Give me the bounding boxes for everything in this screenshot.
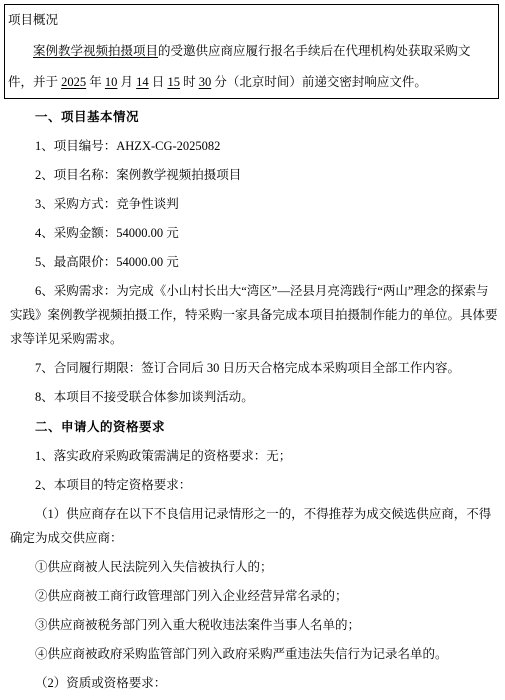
deadline-year-unit: 年: [86, 75, 105, 89]
item-procurement-amount: 4、采购金额：54000.00 元: [10, 221, 499, 245]
project-name-underline: 案例教学视频拍摄项目: [33, 44, 158, 58]
deadline-minute-unit: 分: [211, 75, 227, 89]
deadline-minute: 30: [199, 75, 212, 89]
deadline-year: 2025: [61, 75, 86, 89]
procurement-announcement-page: { "overview": { "title": "项目概况", "intro_…: [0, 0, 505, 700]
deadline-hour: 15: [167, 75, 180, 89]
item-project-number: 1、项目编号：AHZX-CG-2025082: [10, 134, 499, 158]
deadline-day-unit: 日: [149, 75, 168, 89]
item-credit-procurement-violation: ④供应商被政府采购监管部门列入政府采购严重违法失信行为记录名单的。: [10, 642, 499, 666]
item-project-name: 2、项目名称：案例教学视频拍摄项目: [10, 163, 499, 187]
deadline-hour-unit: 时: [180, 75, 199, 89]
item-max-price: 5、最高限价：54000.00 元: [10, 250, 499, 274]
item-contract-period: 7、合同履行期限：签订合同后 30 日历天合格完成本采购项目全部工作内容。: [10, 356, 499, 380]
item-procurement-method: 3、采购方式：竞争性谈判: [10, 192, 499, 216]
section1-heading: 一、项目基本情况: [10, 105, 499, 129]
item-credit-tax-violation: ③供应商被税务部门列入重大税收违法案件当事人名单的；: [10, 613, 499, 637]
item-qualification-requirements: （2）资质或资格要求：: [10, 671, 499, 695]
item-no-consortium: 8、本项目不接受联合体参加谈判活动。: [10, 385, 499, 409]
item-procurement-requirements: 6、采购需求：为完成《小山村长出大“湾区”—泾县月亮湾践行“两山”理念的探索与实…: [10, 279, 499, 351]
item-bad-credit-intro: （1）供应商存在以下不良信用记录情形之一的，不得推荐为成交候选供应商，不得确定为…: [10, 502, 499, 550]
item-policy-qualification: 1、落实政府采购政策需满足的资格要求：无；: [10, 444, 499, 468]
overview-title: 项目概况: [8, 5, 492, 36]
deadline-month: 10: [105, 75, 118, 89]
project-overview-box: 项目概况 案例教学视频拍摄项目的受邀供应商应履行报名手续后在代理机构处获取采购文…: [4, 4, 499, 99]
deadline-month-unit: 月: [117, 75, 136, 89]
overview-paragraph: 案例教学视频拍摄项目的受邀供应商应履行报名手续后在代理机构处获取采购文件，并于 …: [8, 36, 492, 98]
document-body: 一、项目基本情况 1、项目编号：AHZX-CG-2025082 2、项目名称：案…: [0, 105, 505, 695]
deadline-day: 14: [136, 75, 149, 89]
item-specific-qualification: 2、本项目的特定资格要求：: [10, 473, 499, 497]
section2-heading: 二、申请人的资格要求: [10, 415, 499, 439]
deadline-rest-text: （北京时间）前递交密封响应文件。: [227, 75, 427, 89]
item-credit-court-list: ①供应商被人民法院列入失信被执行人的；: [10, 555, 499, 579]
item-credit-business-abnormal: ②供应商被工商行政管理部门列入企业经营异常名录的；: [10, 584, 499, 608]
